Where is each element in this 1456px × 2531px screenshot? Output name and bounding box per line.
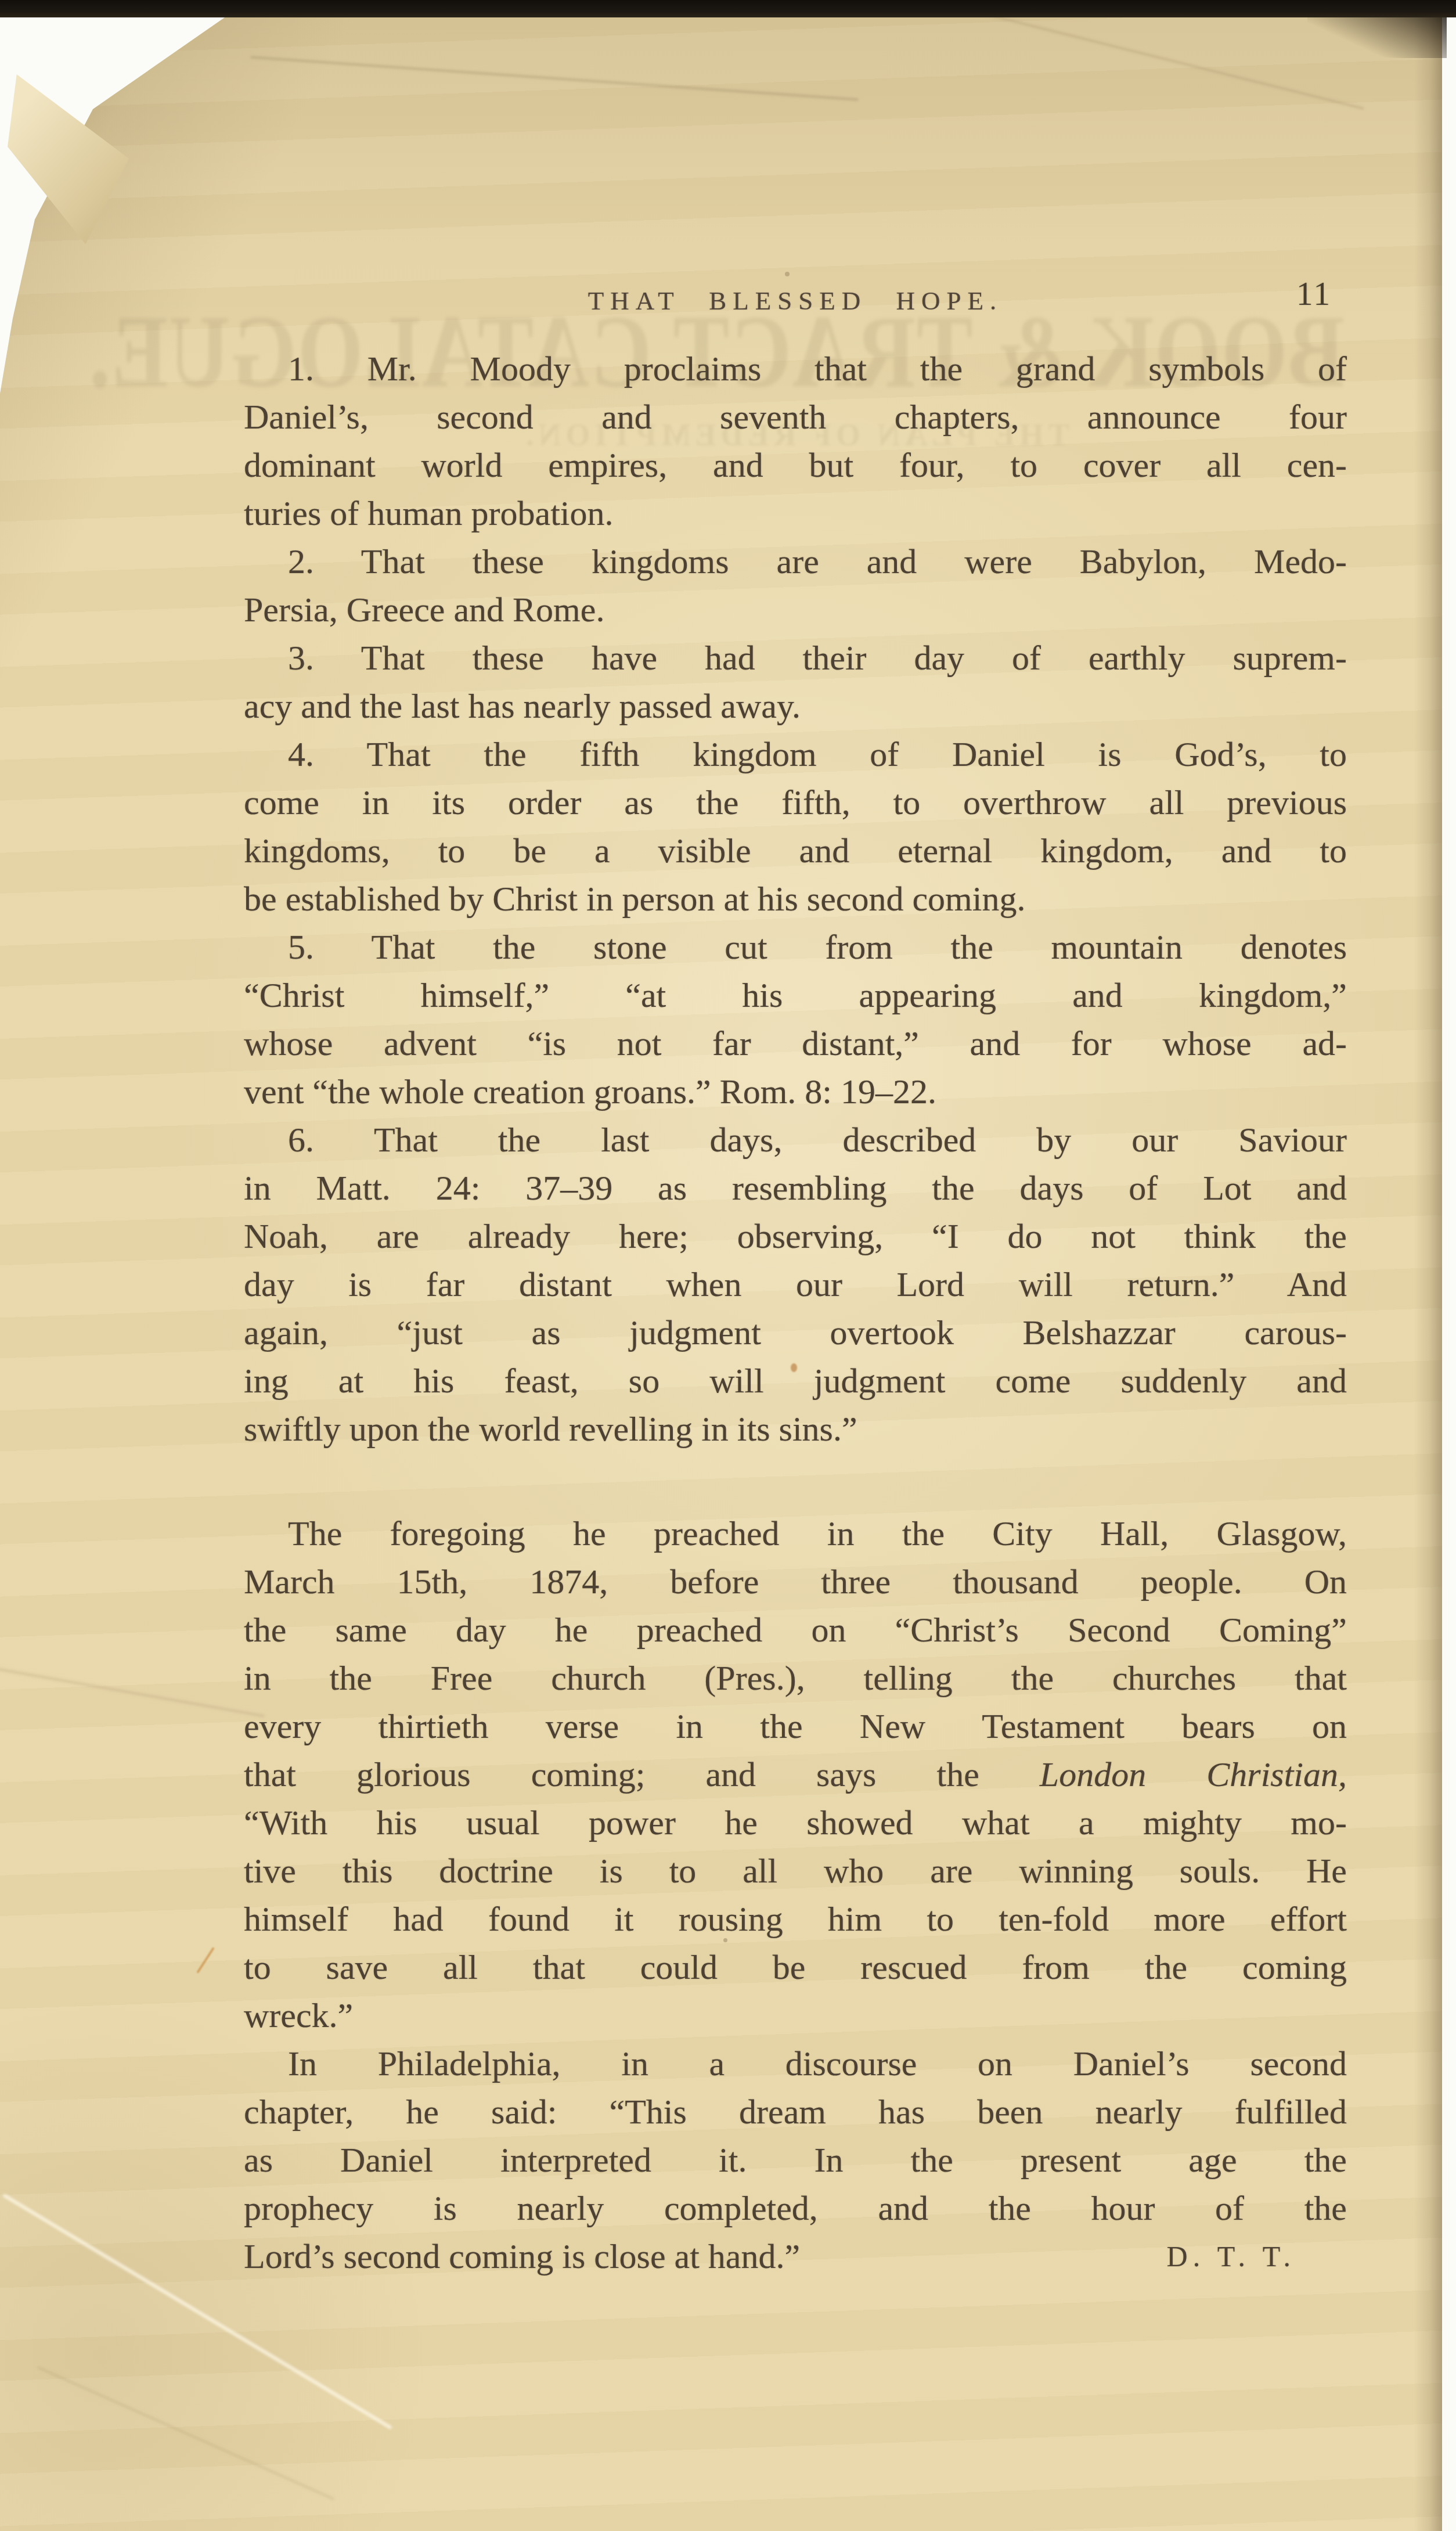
paragraph-7: The foregoing he preached in the City Ha… — [244, 1510, 1347, 2040]
text-line-with-italic: that glorious coming; and says the Londo… — [244, 1751, 1347, 1799]
scanned-book-page: BOOK & TRACT CATALOGUE. THE PLAN OF REDE… — [0, 0, 1456, 2531]
text-line: in the Free church (Pres.), telling the … — [244, 1654, 1347, 1702]
text-line: prophecy is nearly completed, and the ho… — [244, 2184, 1347, 2233]
paragraph-8: In Philadelphia, in a discourse on Danie… — [244, 2040, 1347, 2281]
paragraph-3: 3. That these have had their day of eart… — [244, 634, 1347, 730]
italic-journal-name: London Christian, — [1040, 1755, 1347, 1794]
text-line: again, “just as judgment overtook Belsha… — [244, 1309, 1347, 1357]
text-line: Lord’s second coming is close at hand.”D… — [244, 2233, 1347, 2281]
text-line: In Philadelphia, in a discourse on Danie… — [244, 2040, 1347, 2088]
text-line: chapter, he said: “This dream has been n… — [244, 2088, 1347, 2136]
text-line: ing at his feast, so will judgment come … — [244, 1357, 1347, 1405]
text-line: in Matt. 24: 37–39 as resembling the day… — [244, 1164, 1347, 1212]
text-line: himself had found it rousing him to ten-… — [244, 1895, 1347, 1943]
text-line: the same day he preached on “Christ’s Se… — [244, 1606, 1347, 1654]
paragraph-2: 2. That these kingdoms are and were Baby… — [244, 538, 1347, 634]
text-line: Persia, Greece and Rome. — [244, 586, 1347, 634]
paper-crease — [958, 6, 1364, 110]
running-head: THAT BLESSED HOPE. 11 — [244, 286, 1347, 338]
text-line: Daniel’s, second and seventh chapters, a… — [244, 393, 1347, 441]
text-line: acy and the last has nearly passed away. — [244, 682, 1347, 730]
text-line: be established by Christ in person at hi… — [244, 875, 1347, 923]
text-line: vent “the whole creation groans.” Rom. 8… — [244, 1068, 1347, 1116]
paper-crease — [250, 56, 859, 100]
text-line: Noah, are already here; observing, “I do… — [244, 1212, 1347, 1261]
text-line: day is far distant when our Lord will re… — [244, 1261, 1347, 1309]
book-page: BOOK & TRACT CATALOGUE. THE PLAN OF REDE… — [0, 16, 1442, 2531]
author-initials: D. T. T. — [1167, 2233, 1296, 2281]
text-line: 3. That these have had their day of eart… — [244, 634, 1347, 682]
text-line: kingdoms, to be a visible and eternal ki… — [244, 827, 1347, 875]
text-line: 6. That the last days, described by our … — [244, 1116, 1347, 1164]
paragraph-1: 1. Mr. Moody proclaims that the grand sy… — [244, 345, 1347, 538]
text-line: whose advent “is not far distant,” and f… — [244, 1020, 1347, 1068]
paper-crease — [37, 2366, 335, 2500]
page-number: 11 — [1296, 275, 1332, 313]
text-line: turies of human probation. — [244, 489, 1347, 538]
text-line: March 15th, 1874, before three thousand … — [244, 1558, 1347, 1606]
text-line: come in its order as the fifth, to overt… — [244, 779, 1347, 827]
text-segment: Lord’s second coming is close at hand.” — [244, 2237, 800, 2276]
text-line: to save all that could be rescued from t… — [244, 1943, 1347, 1992]
text-line: dominant world empires, and but four, to… — [244, 441, 1347, 489]
paper-speck — [785, 272, 790, 276]
text-line: “Christ himself,” “at his appearing and … — [244, 971, 1347, 1020]
text-line: 2. That these kingdoms are and were Baby… — [244, 538, 1347, 586]
text-line: swiftly upon the world revelling in its … — [244, 1405, 1347, 1453]
text-line: “With his usual power he showed what a m… — [244, 1799, 1347, 1847]
running-title: THAT BLESSED HOPE. — [244, 286, 1347, 316]
text-line: 4. That the fifth kingdom of Daniel is G… — [244, 730, 1347, 779]
scanner-edge-bar — [0, 0, 1456, 17]
text-line: 5. That the stone cut from the mountain … — [244, 923, 1347, 971]
text-line: as Daniel interpreted it. In the present… — [244, 2136, 1347, 2184]
text-line: wreck.” — [244, 1992, 1347, 2040]
text-line: The foregoing he preached in the City Ha… — [244, 1510, 1347, 1558]
paragraph-6: 6. That the last days, described by our … — [244, 1116, 1347, 1453]
body-text: 1. Mr. Moody proclaims that the grand sy… — [244, 345, 1347, 2281]
text-segment: that glorious coming; and says the — [244, 1755, 1040, 1794]
margin-slash-mark — [196, 1947, 215, 1974]
text-line: every thirtieth verse in the New Testame… — [244, 1702, 1347, 1751]
text-line: tive this doctrine is to all who are win… — [244, 1847, 1347, 1895]
text-line: 1. Mr. Moody proclaims that the grand sy… — [244, 345, 1347, 393]
paragraph-5: 5. That the stone cut from the mountain … — [244, 923, 1347, 1116]
paper-crease — [0, 1662, 265, 1718]
paragraph-4: 4. That the fifth kingdom of Daniel is G… — [244, 730, 1347, 923]
